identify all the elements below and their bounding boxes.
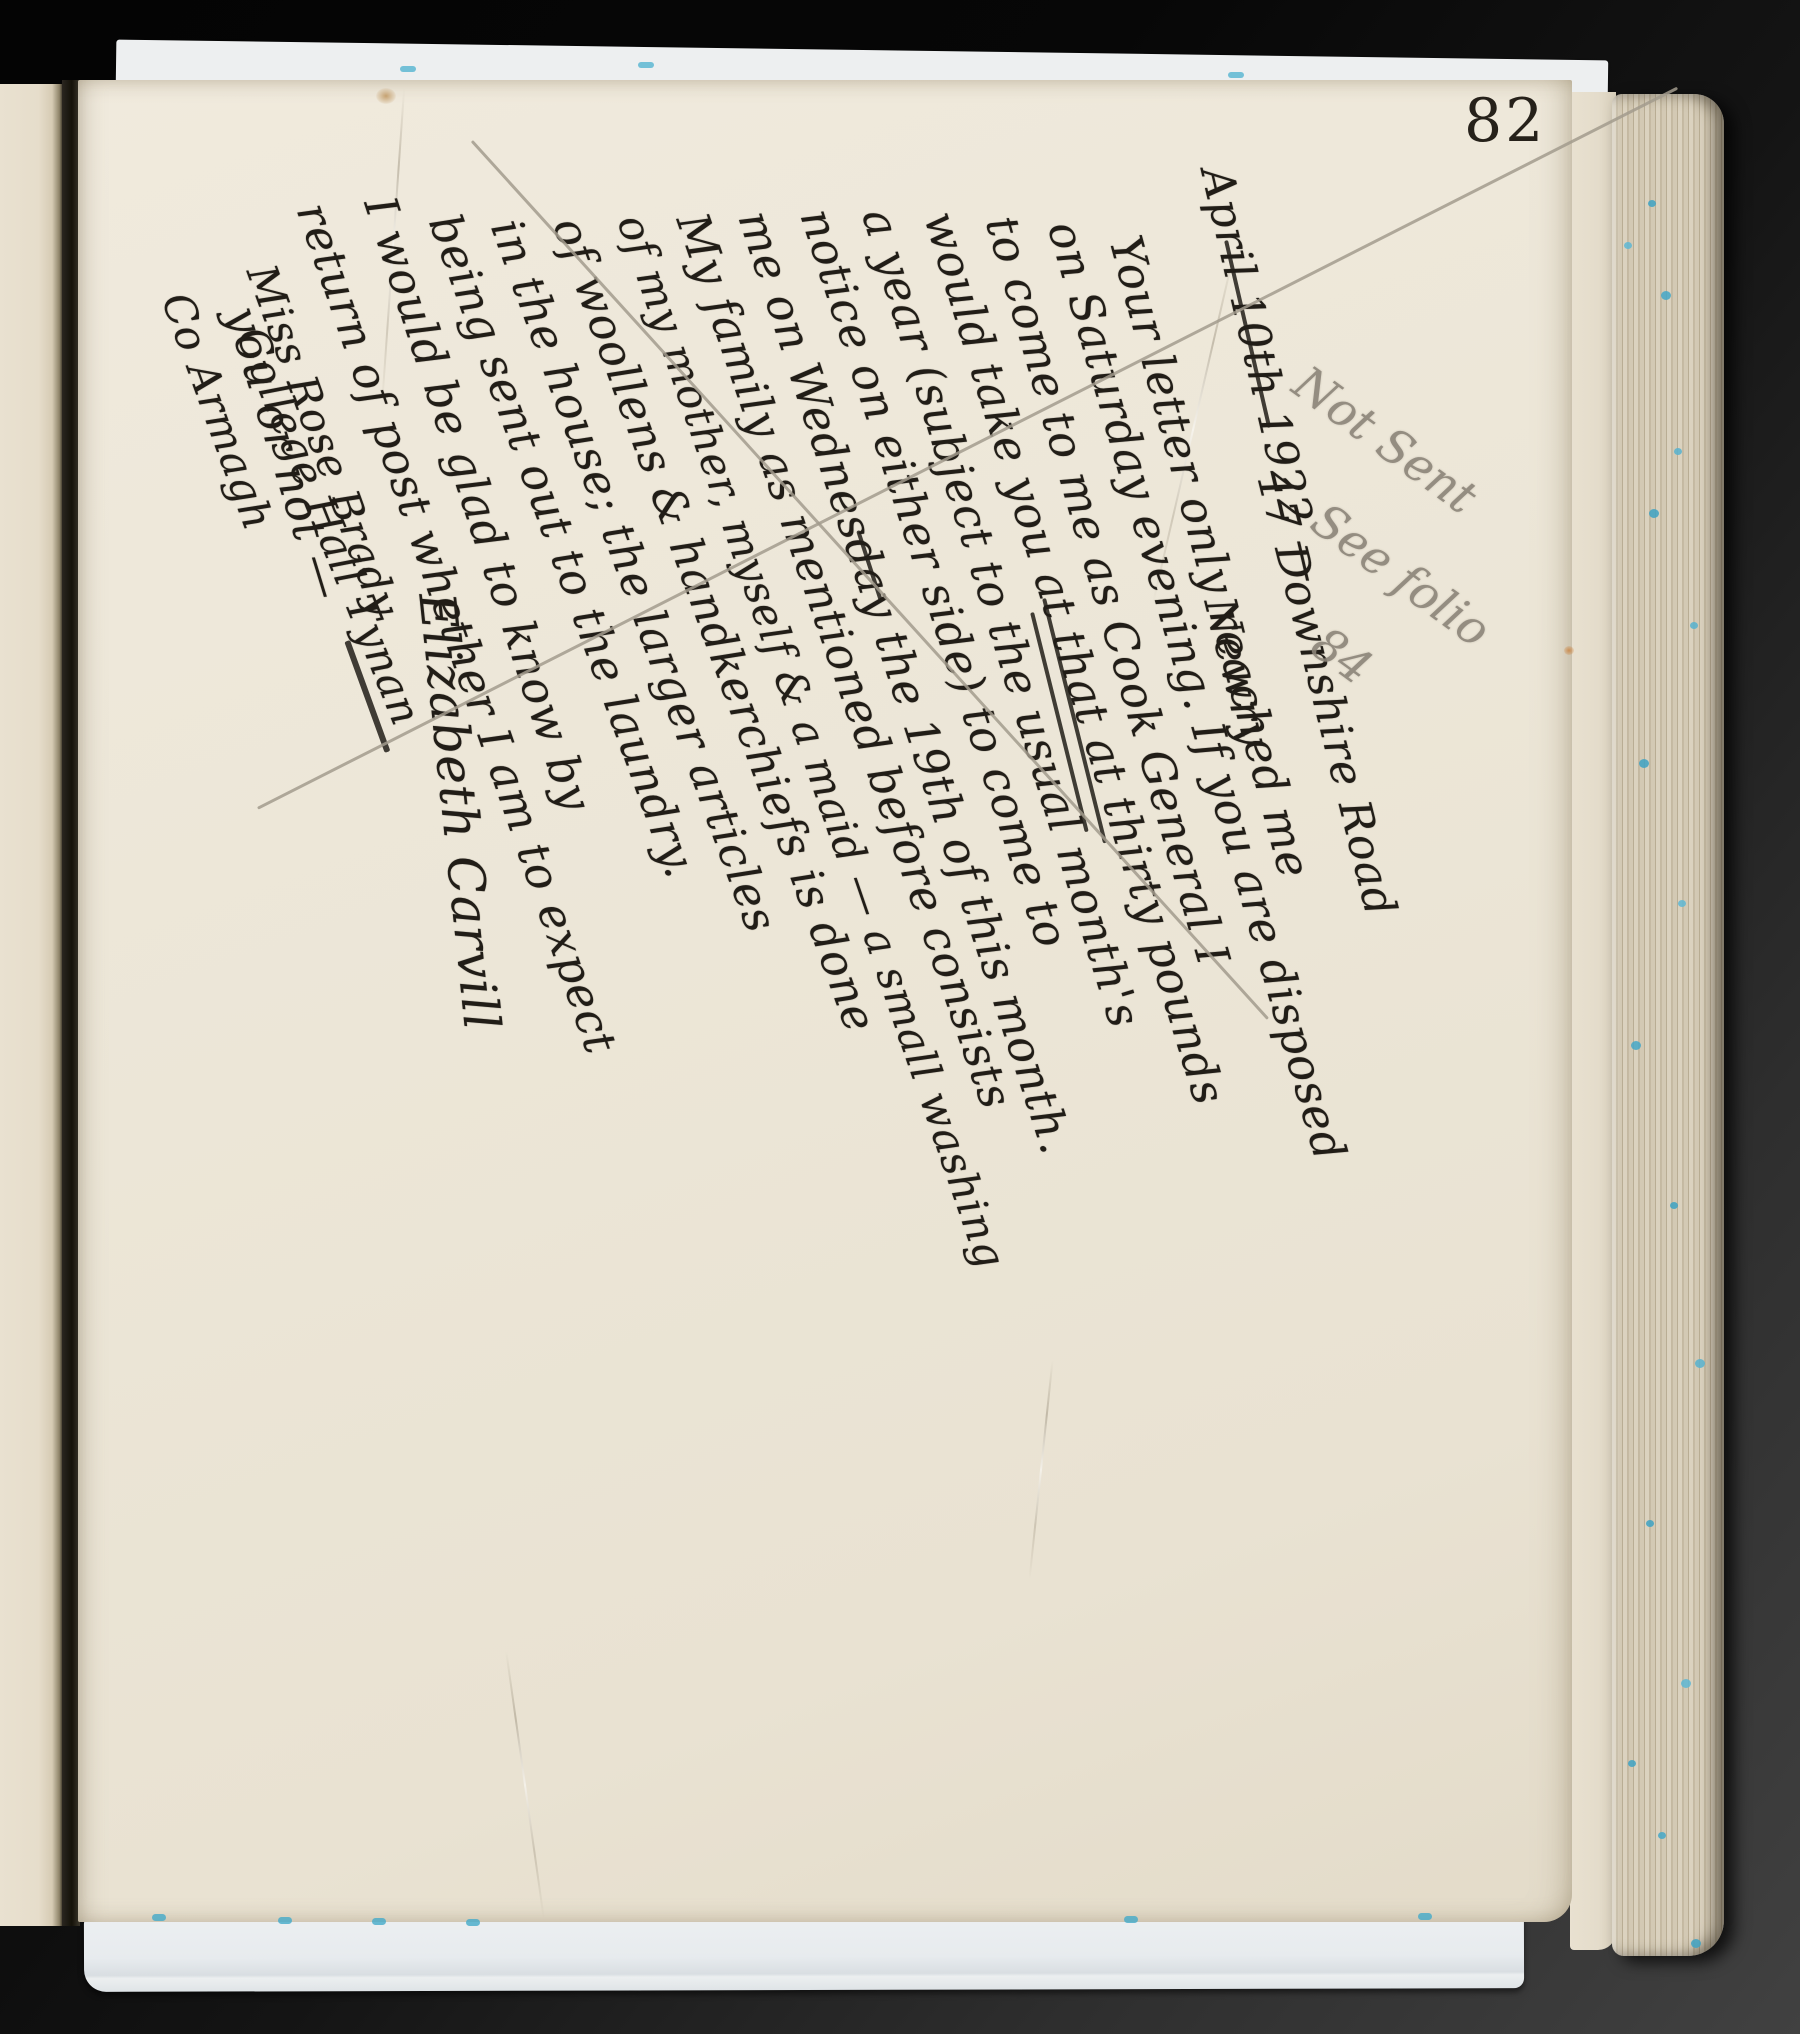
blue-edge-mark [638,62,654,68]
bottom-sheet-edge [84,1914,1524,1992]
paper-stain [1564,646,1574,655]
page-number: 82 [1464,86,1546,156]
underlying-page-edge [1570,92,1616,1950]
blue-edge-mark [400,66,416,72]
letterbook-scan: 82 April 10th 1922 —17 Downshire RoadNew… [0,0,1800,2034]
fore-edge-blue-specks [1648,200,1656,207]
paper-stain [376,88,396,104]
blue-edge-mark [278,1917,292,1924]
blue-edge-mark [1124,1916,1138,1923]
previous-page-strip [0,84,62,1926]
fore-edge-page-stack [1612,94,1724,1956]
blue-edge-mark [1418,1913,1432,1920]
blue-edge-mark [152,1914,166,1921]
blue-edge-mark [466,1919,480,1926]
blue-edge-mark [372,1918,386,1925]
blue-edge-mark [1228,72,1244,78]
